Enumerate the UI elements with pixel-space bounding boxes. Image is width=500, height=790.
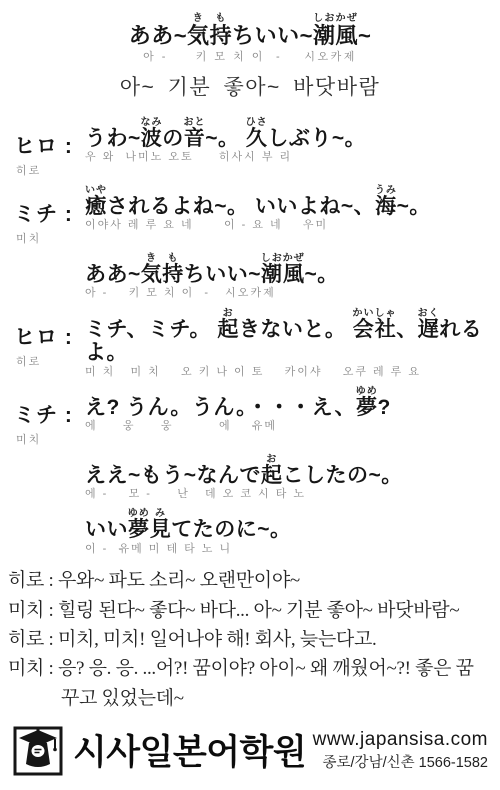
furigana-ruby: 会社かいしゃ: [353, 318, 397, 341]
speaker-name-korean: 미치: [14, 230, 85, 246]
furigana-ruby: 癒いや: [85, 195, 107, 218]
speaker-name: [14, 508, 85, 521]
japanese-text-line: ああ~気き持もちいい~潮風しおかぜ~。: [85, 253, 500, 287]
speaker-cell: ヒロ :히로: [14, 117, 85, 178]
furigana-ruby: 見み: [150, 518, 172, 541]
dialogue-row: ヒロ :히로うわ~波なみの音おと~。 久ひさしぶり~。우 와 나미노 오토 히사…: [14, 117, 500, 178]
speaker-name: ミチ :: [14, 386, 85, 429]
academy-brand: 시사일본어학원: [12, 723, 306, 777]
dialogue-line: ええ~もう~なんで起おこしたの~。에 - 모 - 난 데 오 코 시 타 노: [85, 454, 500, 502]
speaker-name-korean: 히로: [14, 162, 85, 178]
footer: 시사일본어학원 www.japansisa.com 종로/강남/신촌 1566-…: [12, 723, 488, 777]
dialogue-row: ミチ :미치癒いやされるよね~。 いいよね~、海うみ~。이야사 레 루 요 네 …: [14, 185, 500, 246]
furigana-ruby: 久ひさ: [246, 127, 268, 150]
dialogue-section: ヒロ :히로うわ~波なみの音おと~。 久ひさしぶり~。우 와 나미노 오토 히사…: [0, 117, 500, 556]
furigana-ruby: 起お: [261, 464, 283, 487]
contact-info: www.japansisa.com 종로/강남/신촌 1566-1582: [313, 728, 488, 772]
furigana-ruby: 夢ゆめ: [356, 396, 378, 419]
website-url: www.japansisa.com: [313, 728, 488, 752]
korean-pronunciation-line: 에 - 모 - 난 데 오 코 시 타 노: [85, 488, 500, 501]
korean-pronunciation-line: 아 - 키 모 치 이 - 시오카제: [85, 287, 500, 300]
korean-pronunciation-line: 에 웅 웅 에 유메: [85, 420, 500, 433]
graduate-figure-icon: [12, 723, 64, 777]
korean-pronunciation-line: 이야사 레 루 요 네 이 - 요 네 우미: [85, 219, 500, 232]
worksheet-page: ああ~気き持もちいい~潮風しおかぜ~ 아 - 키 모 치 이 - 시오카제 아~…: [0, 0, 500, 790]
dialogue-line: うわ~波なみの音おと~。 久ひさしぶり~。우 와 나미노 오토 히사시 부 리: [85, 117, 500, 178]
branches-phone: 종로/강남/신촌 1566-1582: [313, 754, 488, 772]
speaker-name: ヒロ :: [14, 117, 85, 160]
furigana-ruby: 遅おく: [418, 318, 440, 341]
korean-pronunciation-line: 우 와 나미노 오토 히사시 부 리: [85, 151, 500, 164]
japanese-text-line: いい夢ゆめ見みてたのに~。: [85, 508, 500, 542]
translation-line: 히로 : 미치, 미치! 일어나야 해! 회사, 늦는다고.: [8, 625, 494, 654]
dialogue-line: ミチ、ミチ。 起おきないと。 会社かいしゃ、遅おくれるよ。미 치 미 치 오 키…: [85, 308, 500, 379]
speaker-name-korean: 미치: [14, 431, 85, 447]
korean-translation-section: 히로 : 우와~ 파도 소리~ 오랜만이야~미치 : 힐링 된다~ 좋다~ 바다…: [0, 566, 500, 713]
japanese-text-line: え? うん。うん。・・・え、夢ゆめ?: [85, 386, 500, 420]
furigana-ruby: 潮風しおかぜ: [313, 23, 358, 48]
speaker-cell: ヒロ :히로: [14, 308, 85, 379]
dialogue-row: ええ~もう~なんで起おこしたの~。에 - 모 - 난 데 오 코 시 타 노: [14, 454, 500, 502]
dialogue-row: ミチ :미치え? うん。うん。・・・え、夢ゆめ?에 웅 웅 에 유메: [14, 386, 500, 447]
dialogue-row: いい夢ゆめ見みてたのに~。이 - 유메 미 테 타 노 니: [14, 508, 500, 556]
title-japanese: ああ~気き持もちいい~潮風しおかぜ~: [0, 13, 500, 49]
speaker-name: ヒロ :: [14, 308, 85, 351]
speaker-name: [14, 253, 85, 266]
speaker-name: ミチ :: [14, 185, 85, 228]
dialogue-line: いい夢ゆめ見みてたのに~。이 - 유메 미 테 타 노 니: [85, 508, 500, 556]
furigana-ruby: 音おと: [184, 127, 206, 150]
dialogue-row: ああ~気き持もちいい~潮風しおかぜ~。아 - 키 모 치 이 - 시오카제: [14, 253, 500, 301]
translation-line: 히로 : 우와~ 파도 소리~ 오랜만이야~: [8, 566, 494, 595]
furigana-ruby: 海うみ: [375, 195, 397, 218]
japanese-text-line: ミチ、ミチ。 起おきないと。 会社かいしゃ、遅おくれるよ。: [85, 308, 500, 365]
speaker-name-korean: 히로: [14, 353, 85, 369]
speaker-cell: [14, 253, 85, 301]
furigana-ruby: 夢ゆめ: [128, 518, 150, 541]
furigana-ruby: 波なみ: [141, 127, 163, 150]
speaker-cell: [14, 508, 85, 556]
speaker-name: [14, 454, 85, 467]
dialogue-line: え? うん。うん。・・・え、夢ゆめ?에 웅 웅 에 유메: [85, 386, 500, 447]
speaker-cell: ミチ :미치: [14, 386, 85, 447]
dialogue-line: ああ~気き持もちいい~潮風しおかぜ~。아 - 키 모 치 이 - 시오카제: [85, 253, 500, 301]
academy-name: 시사일본어학원: [73, 725, 306, 775]
speaker-cell: ミチ :미치: [14, 185, 85, 246]
furigana-ruby: 潮風しおかぜ: [261, 263, 305, 286]
japanese-text-line: ええ~もう~なんで起おこしたの~。: [85, 454, 500, 488]
japanese-text-line: 癒いやされるよね~。 いいよね~、海うみ~。: [85, 185, 500, 219]
korean-pronunciation-line: 이 - 유메 미 테 타 노 니: [85, 543, 500, 556]
title-pronunciation: 아 - 키 모 치 이 - 시오카제: [0, 51, 500, 64]
dialogue-line: 癒いやされるよね~。 いいよね~、海うみ~。이야사 레 루 요 네 이 - 요 …: [85, 185, 500, 246]
furigana-ruby: 持も: [162, 263, 184, 286]
furigana-ruby: 起お: [217, 318, 239, 341]
title-block: ああ~気き持もちいい~潮風しおかぜ~ 아 - 키 모 치 이 - 시오카제 아~…: [0, 0, 500, 101]
translation-line: 미치 : 응? 응. 응. ...어?! 꿈이야? 아이~ 왜 깨웠어~?! 좋…: [8, 654, 494, 713]
furigana-ruby: 気き: [187, 23, 210, 48]
japanese-text-line: うわ~波なみの音おと~。 久ひさしぶり~。: [85, 117, 500, 151]
title-korean-translation: 아~ 기분 좋아~ 바닷바람: [0, 71, 500, 101]
translation-line: 미치 : 힐링 된다~ 좋다~ 바다... 아~ 기분 좋아~ 바닷바람~: [8, 596, 494, 625]
korean-pronunciation-line: 미 치 미 치 오 키 나 이 토 카이샤 오쿠 레 루 요: [85, 366, 500, 379]
furigana-ruby: 持も: [210, 23, 233, 48]
dialogue-row: ヒロ :히로ミチ、ミチ。 起おきないと。 会社かいしゃ、遅おくれるよ。미 치 미…: [14, 308, 500, 379]
speaker-cell: [14, 454, 85, 502]
furigana-ruby: 気き: [141, 263, 163, 286]
